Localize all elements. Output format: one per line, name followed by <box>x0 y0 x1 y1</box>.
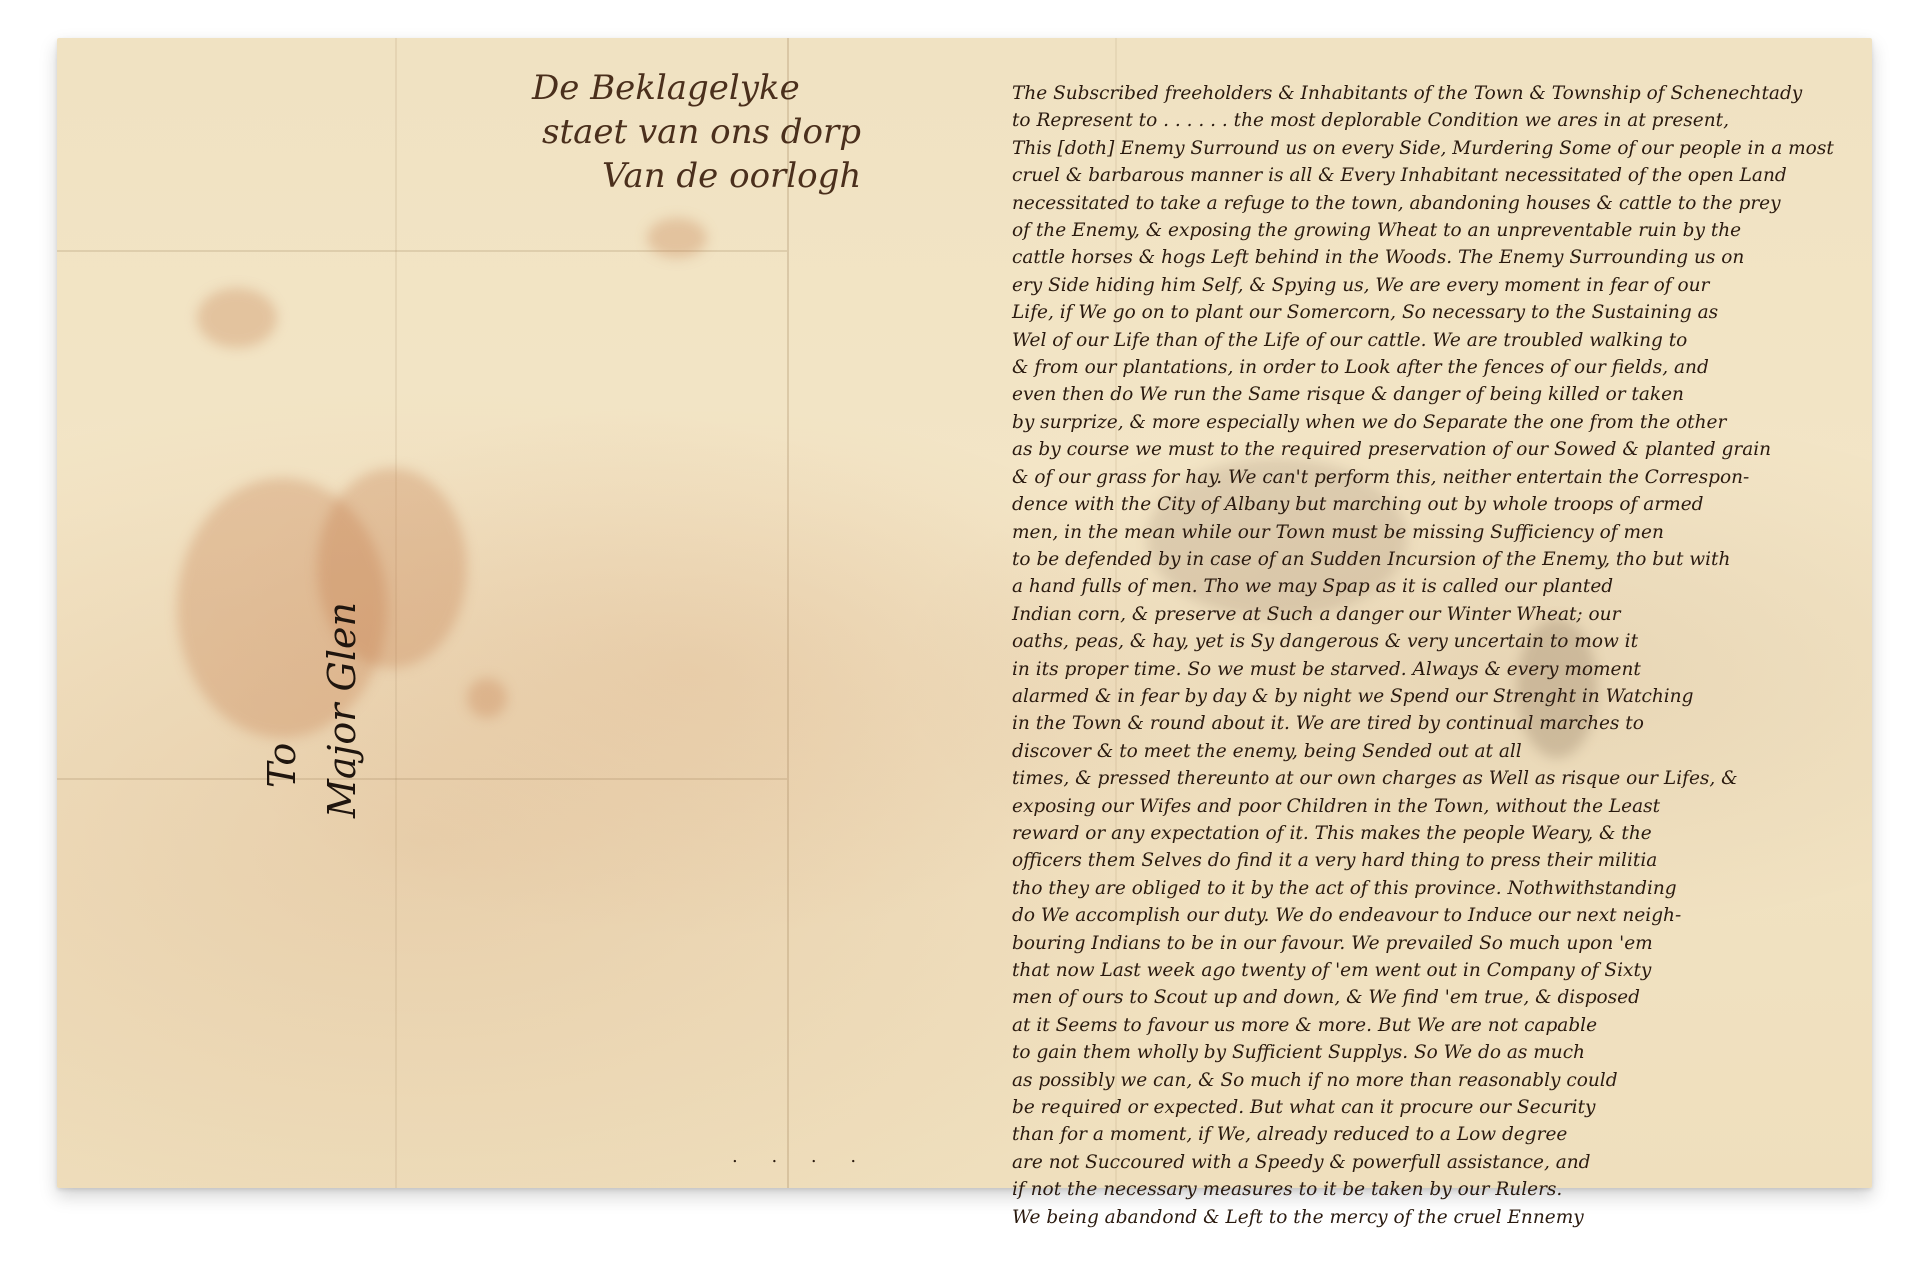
letter-line: do We accomplish our duty. We do endeavo… <box>1012 902 1892 929</box>
letter-line: to gain them wholly by Sufficient Supply… <box>1012 1039 1892 1066</box>
letter-line: a hand fulls of men. Tho we may Spap as … <box>1012 573 1892 600</box>
letter-line: if not the necessary measures to it be t… <box>1012 1176 1892 1203</box>
letter-line: & of our grass for hay. We can't perform… <box>1012 464 1892 491</box>
docket-line: staet van ons dorp <box>532 110 861 154</box>
letter-line: cruel & barbarous manner is all & Every … <box>1012 162 1892 189</box>
letter-line: oaths, peas, & hay, yet is Sy dangerous … <box>1012 628 1892 655</box>
letter-line: dence with the City of Albany but marchi… <box>1012 491 1892 518</box>
letter-line: even then do We run the Same risque & da… <box>1012 381 1892 408</box>
address-block: To Major Glen <box>252 602 372 818</box>
letter-line: Indian corn, & preserve at Such a danger… <box>1012 601 1892 628</box>
letter-line: by surprize, & more especially when we d… <box>1012 409 1892 436</box>
letter-line: Life, if We go on to plant our Somercorn… <box>1012 299 1892 326</box>
letter-line: reward or any expectation of it. This ma… <box>1012 820 1892 847</box>
letter-line: cattle horses & hogs Left behind in the … <box>1012 244 1892 271</box>
letter-line: that now Last week ago twenty of 'em wen… <box>1012 957 1892 984</box>
letter-line: We being abandond & Left to the mercy of… <box>1012 1204 1892 1231</box>
letter-line: necessitated to take a refuge to the tow… <box>1012 190 1892 217</box>
fold-line-horizontal <box>57 778 787 780</box>
letter-line: bouring Indians to be in our favour. We … <box>1012 930 1892 957</box>
letter-line: of the Enemy, & exposing the growing Whe… <box>1012 217 1892 244</box>
letter-line: in the Town & round about it. We are tir… <box>1012 710 1892 737</box>
letter-line: Wel of our Life than of the Life of our … <box>1012 327 1892 354</box>
ink-marks: . . . . <box>732 1146 870 1167</box>
docket-line: Van de oorlogh <box>532 154 861 198</box>
letter-line: & from our plantations, in order to Look… <box>1012 354 1892 381</box>
letter-line: times, & pressed thereunto at our own ch… <box>1012 765 1892 792</box>
letter-line: officers them Selves do find it a very h… <box>1012 847 1892 874</box>
letter-line: tho they are obliged to it by the act of… <box>1012 875 1892 902</box>
fold-line-vertical <box>787 38 789 1188</box>
letter-line: exposing our Wifes and poor Children in … <box>1012 793 1892 820</box>
letter-line: ery Side hiding him Self, & Spying us, W… <box>1012 272 1892 299</box>
letter-line: alarmed & in fear by day & by night we S… <box>1012 683 1892 710</box>
letter-line: as by course we must to the required pre… <box>1012 436 1892 463</box>
letter-line: at it Seems to favour us more & more. Bu… <box>1012 1012 1892 1039</box>
letter-line: in its proper time. So we must be starve… <box>1012 656 1892 683</box>
letter-line: This [doth] Enemy Surround us on every S… <box>1012 135 1892 162</box>
address-to: To <box>252 602 312 818</box>
letter-line: The Subscribed freeholders & Inhabitants… <box>1012 80 1892 107</box>
letter-line: are not Succoured with a Speedy & powerf… <box>1012 1149 1892 1176</box>
letter-line: men, in the mean while our Town must be … <box>1012 519 1892 546</box>
letter-line: discover & to meet the enemy, being Send… <box>1012 738 1892 765</box>
water-stain <box>647 218 707 258</box>
letter-line: as possibly we can, & So much if no more… <box>1012 1067 1892 1094</box>
docket-line: De Beklagelyke <box>532 66 861 110</box>
water-stain <box>467 678 507 718</box>
docket-note: De Beklagelyke staet van ons dorp Van de… <box>532 66 861 198</box>
manuscript-letter: De Beklagelyke staet van ons dorp Van de… <box>57 38 1872 1188</box>
letter-line: be required or expected. But what can it… <box>1012 1094 1892 1121</box>
letter-line: to be defended by in case of an Sudden I… <box>1012 546 1892 573</box>
letter-line: men of ours to Scout up and down, & We f… <box>1012 984 1892 1011</box>
letter-body: The Subscribed freeholders & Inhabitants… <box>1012 80 1892 1231</box>
address-name: Major Glen <box>312 602 372 818</box>
letter-line: than for a moment, if We, already reduce… <box>1012 1121 1892 1148</box>
letter-line: to Represent to . . . . . . the most dep… <box>1012 107 1892 134</box>
water-stain <box>197 288 277 348</box>
